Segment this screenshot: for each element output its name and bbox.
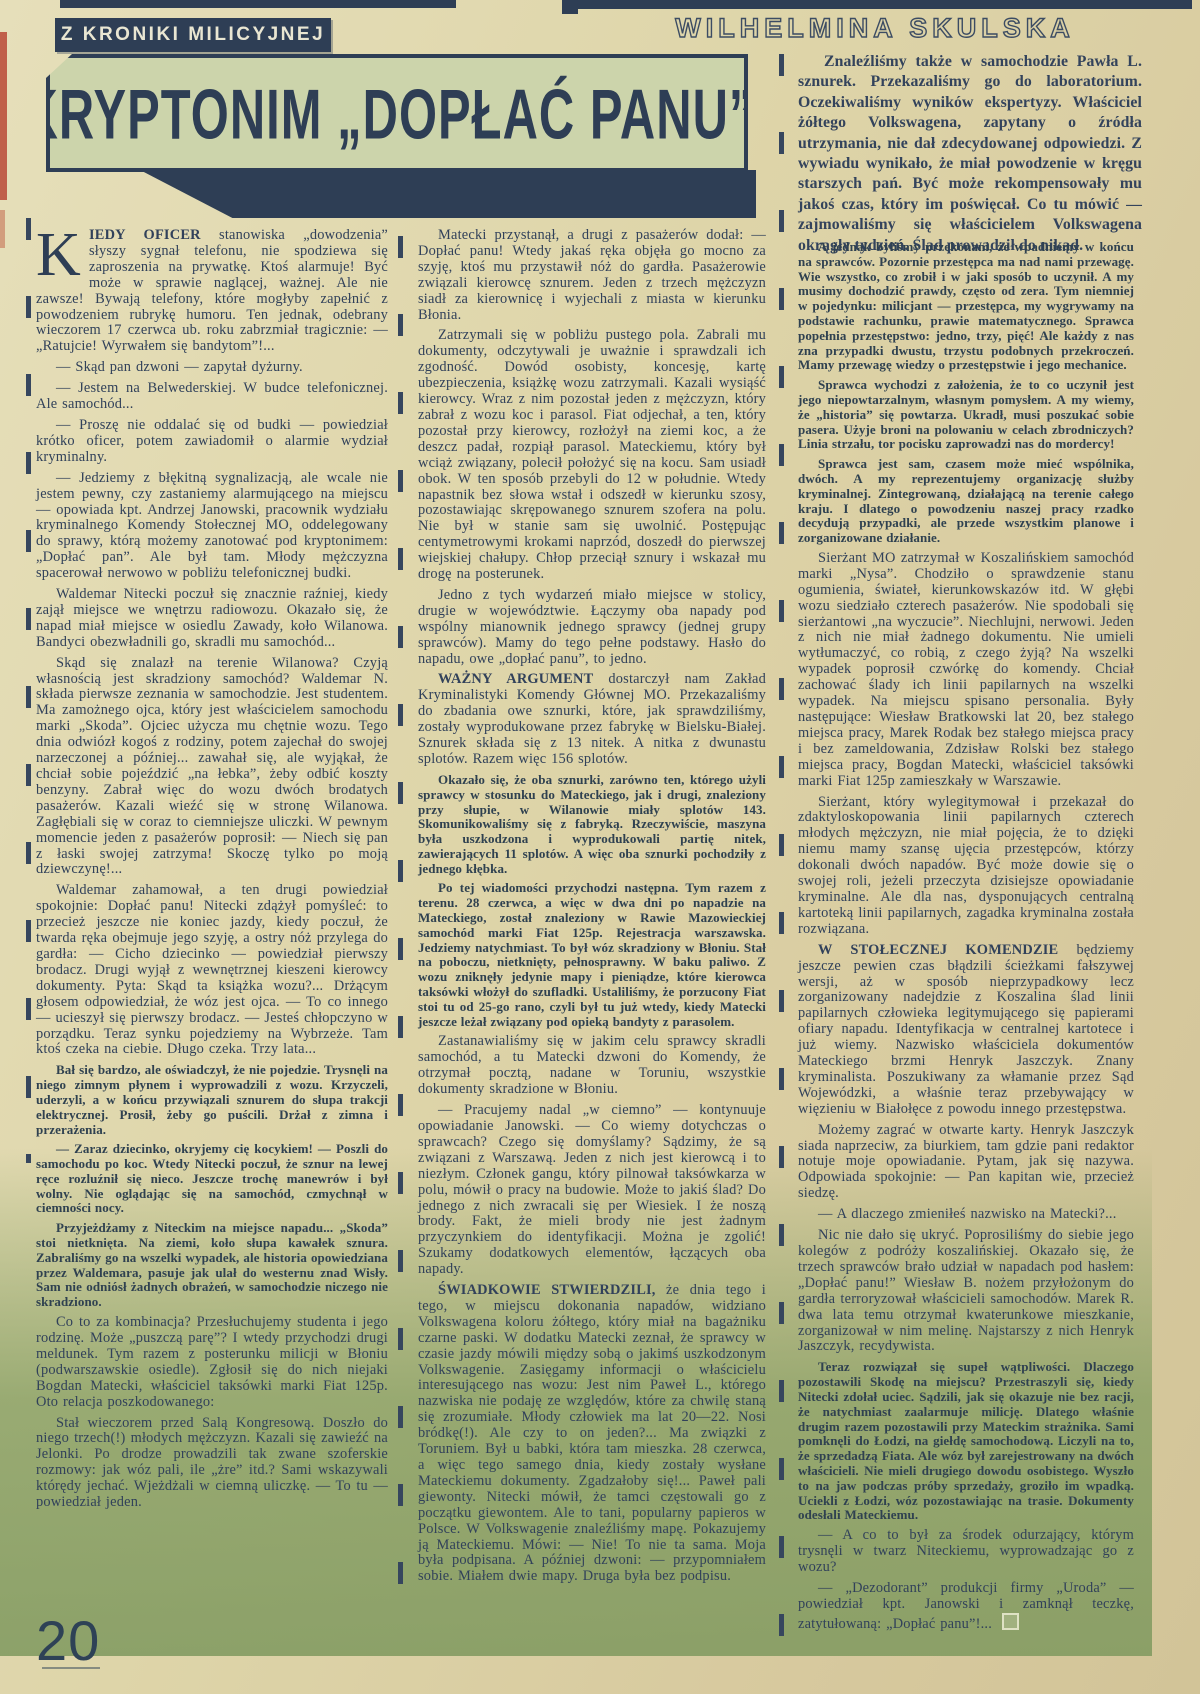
paragraph: W STOŁECZNEJ KOMENDZIE będziemy jeszcze … xyxy=(798,943,1134,1118)
paragraph: Waldemar Nitecki poczuł się znacznie raź… xyxy=(36,587,388,651)
paragraph: Skąd się znalazł na terenie Wilanowa? Cz… xyxy=(36,656,388,879)
paragraph: Po tej wiadomości przychodzi następna. T… xyxy=(418,881,766,1029)
paragraph: ŚWIADKOWIE STWIERDZILI, że dnia tego i t… xyxy=(418,1283,766,1585)
title-shadow-slab xyxy=(140,170,756,218)
end-of-article-marker xyxy=(1002,1613,1019,1630)
paragraph: Bał się bardzo, ale oświadczył, że nie p… xyxy=(36,1063,388,1137)
red-edge-mark-faded xyxy=(0,210,5,248)
paragraph: Stał wieczorem przed Salą Kongresową. Do… xyxy=(36,1416,388,1511)
paragraph: — Jestem na Belwederskiej. W budce telef… xyxy=(36,381,388,413)
scan-edge-block xyxy=(562,0,578,14)
paragraph-lead: ŚWIADKOWIE STWIERDZILI, xyxy=(438,1282,656,1298)
paragraph: KIEDY OFICER stanowiska „dowodzenia” sły… xyxy=(36,228,388,355)
scan-edge-strip-right xyxy=(578,0,1192,9)
column-1: KIEDY OFICER stanowiska „dowodzenia” sły… xyxy=(36,228,388,1516)
paragraph: Matecki przystanął, a drugi z pasażerów … xyxy=(418,228,766,323)
masthead-label: Z KRONIKI MILICYJNEJ xyxy=(61,24,325,46)
paragraph: A jednak byliśmy przekonani, że wpadniem… xyxy=(798,240,1134,373)
paragraph: Sierżant, który wylegitymował i przekaza… xyxy=(798,795,1134,938)
paragraph-lead: WAŻNY ARGUMENT xyxy=(438,671,593,687)
red-edge-mark xyxy=(0,32,7,200)
paragraph-lead: IEDY OFICER xyxy=(89,227,201,243)
column-divider-2 xyxy=(779,54,784,1646)
page-number: 20 xyxy=(36,1608,100,1669)
left-margin-dashed-rule xyxy=(26,218,31,1163)
newspaper-page: Z KRONIKI MILICYJNEJ WILHELMINA SKULSKA … xyxy=(0,0,1200,1694)
paragraph: Teraz rozwiązał się supeł wątpliwości. D… xyxy=(798,1360,1134,1523)
paragraph: — Jedziemy z błękitną sygnalizacją, ale … xyxy=(36,471,388,582)
paragraph: — Pracujemy nadal „w ciemno” — kontynuuj… xyxy=(418,1103,766,1278)
column-2: Matecki przystanął, a drugi z pasażerów … xyxy=(418,228,766,1590)
paragraph: — Zaraz dziecinko, okryjemy cię kocykiem… xyxy=(36,1142,388,1216)
intro-paragraph: Znaleźliśmy także w samochodzie Pawła L.… xyxy=(798,52,1142,256)
paragraph: Zatrzymali się w pobliżu pustego pola. Z… xyxy=(418,328,766,583)
paragraph: — A co to był za środek odurzający, któr… xyxy=(798,1528,1134,1576)
paragraph-lead: W STOŁECZNEJ KOMENDZIE xyxy=(818,942,1058,958)
title-box: KRYPTONIM „DOPŁAĆ PANU”! xyxy=(46,54,748,172)
masthead-banner: Z KRONIKI MILICYJNEJ xyxy=(55,18,331,52)
paragraph: Nic nie dało się ukryć. Poprosiliśmy do … xyxy=(798,1228,1134,1355)
paragraph: — Proszę nie oddalać się od budki — powi… xyxy=(36,418,388,466)
paragraph: Zastanawialiśmy się w jakim celu sprawcy… xyxy=(418,1034,766,1098)
scan-edge-strip-left xyxy=(60,0,456,8)
article-title: KRYPTONIM „DOPŁAĆ PANU”! xyxy=(22,72,771,155)
paragraph: Co to za kombinacja? Przesłuchujemy stud… xyxy=(36,1315,388,1410)
paragraph: Sprawca jest sam, czasem może mieć wspól… xyxy=(798,457,1134,546)
column-divider-1 xyxy=(398,236,403,1608)
paragraph: — „Dezodorant” produkcji firmy „Uroda” —… xyxy=(798,1581,1134,1633)
paragraph: Sierżant MO zatrzymał w Koszalińskiem sa… xyxy=(798,551,1134,790)
author-name: WILHELMINA SKULSKA xyxy=(640,13,1110,44)
paragraph: Jedno z tych wydarzeń miało miejsce w st… xyxy=(418,588,766,668)
drop-cap: K xyxy=(36,228,89,280)
paragraph: Przyjeżdżamy z Niteckim na miejsce napad… xyxy=(36,1221,388,1310)
paragraph: WAŻNY ARGUMENT dostarczył nam Zakład Kry… xyxy=(418,672,766,767)
paragraph: — Skąd pan dzwoni — zapytał dyżurny. xyxy=(36,360,388,376)
paragraph: Sprawca wychodzi z założenia, że to co u… xyxy=(798,378,1134,452)
paragraph: Okazało się, że oba sznurki, zarówno ten… xyxy=(418,773,766,877)
column-3: A jednak byliśmy przekonani, że wpadniem… xyxy=(798,240,1134,1638)
paragraph: Możemy zagrać w otwarte karty. Henryk Ja… xyxy=(798,1123,1134,1203)
paragraph: — A dlaczego zmieniłeś nazwisko na Matec… xyxy=(798,1207,1134,1223)
paragraph: Waldemar zahamował, a ten drugi powiedzi… xyxy=(36,883,388,1058)
